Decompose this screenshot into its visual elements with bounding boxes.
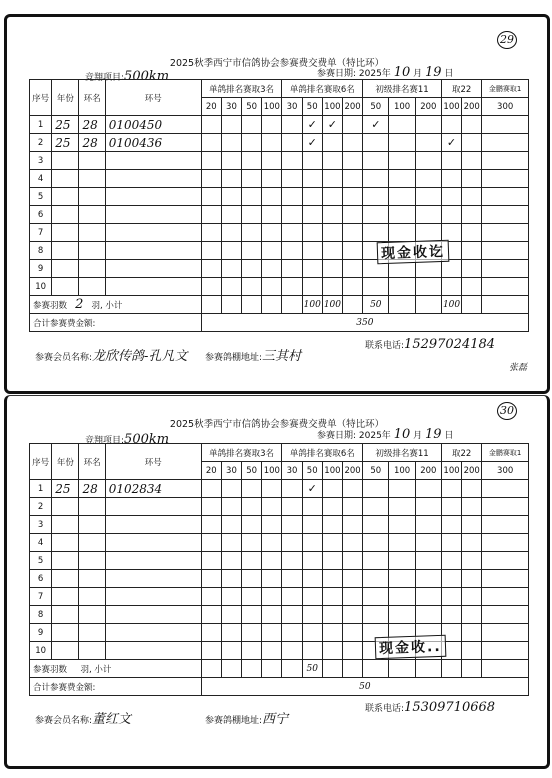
fee-cell: [221, 516, 241, 534]
fee-cell: [262, 498, 282, 516]
fee-cell: [262, 224, 282, 242]
fee-cell: [343, 498, 363, 516]
row-seq: 8: [30, 606, 52, 624]
subtotal-cell: [201, 296, 221, 314]
fee-cell: [282, 224, 302, 242]
member: 参赛会员名称:龙欣传鸽-孔凡文: [35, 345, 187, 364]
subtotal-cell: [462, 660, 482, 678]
row-ring-no: [105, 170, 201, 188]
fee-column-header: 30: [221, 462, 241, 480]
fee-cell: [302, 188, 322, 206]
table-row: 3: [30, 152, 529, 170]
fee-column-header: 200: [462, 98, 482, 116]
row-ring-name: [79, 516, 105, 534]
fee-cell: [415, 480, 441, 498]
row-seq: 2: [30, 134, 52, 152]
fee-cell: [302, 516, 322, 534]
fee-cell: [363, 188, 389, 206]
fee-cell: [282, 570, 302, 588]
table-row: 6: [30, 570, 529, 588]
row-ring-no: [105, 570, 201, 588]
fee-cell: [262, 552, 282, 570]
fee-cell: [282, 242, 302, 260]
fee-cell: [482, 170, 529, 188]
table-row: 2: [30, 498, 529, 516]
row-year: [52, 516, 79, 534]
fee-cell: [201, 152, 221, 170]
fee-column-header: 100: [322, 98, 342, 116]
row-ring-name: [79, 570, 105, 588]
fee-cell: [282, 134, 302, 152]
fee-cell: [363, 224, 389, 242]
fee-cell: [363, 498, 389, 516]
row-ring-no: 0102834: [105, 480, 201, 498]
fee-cell: [242, 588, 262, 606]
fee-column-header: 100: [389, 98, 415, 116]
fee-cell: [462, 552, 482, 570]
fee-column-header: 100: [441, 98, 461, 116]
entry-table: 序号年份环名环号单鸽排名赛取3名单鸽排名赛取6名初级排名赛11取22金鹏赛取12…: [29, 443, 529, 696]
fee-cell: [441, 516, 461, 534]
subtotal-cell: [363, 660, 389, 678]
row-ring-no: [105, 206, 201, 224]
fee-cell: [201, 134, 221, 152]
subtotal-cell: [282, 660, 302, 678]
row-year: [52, 534, 79, 552]
row-ring-no: [105, 516, 201, 534]
fee-cell: [262, 516, 282, 534]
header-seq: 序号: [30, 80, 52, 116]
row-ring-no: [105, 278, 201, 296]
fee-cell: [389, 134, 415, 152]
table-row: 8: [30, 606, 529, 624]
header-group1: 单鸽排名赛取3名: [201, 80, 282, 98]
fee-cell: [482, 134, 529, 152]
count-label: 参赛羽数: [33, 665, 67, 675]
row-ring-name: [79, 534, 105, 552]
fee-cell: [343, 516, 363, 534]
total-label: 合计参赛费金额:: [30, 314, 202, 332]
fee-cell: [389, 498, 415, 516]
fee-cell: [221, 642, 241, 660]
fee-cell: [322, 498, 342, 516]
fee-column-header: 100: [262, 462, 282, 480]
fee-cell: [462, 188, 482, 206]
phone-label: 联系电话:: [365, 341, 404, 351]
fee-cell: [389, 606, 415, 624]
row-year: [52, 224, 79, 242]
row-ring-name: 28: [79, 116, 105, 134]
fee-cell: [221, 152, 241, 170]
fee-column-header: 100: [441, 462, 461, 480]
fee-cell: [389, 170, 415, 188]
row-seq: 9: [30, 260, 52, 278]
fee-cell: [441, 260, 461, 278]
fee-cell: [462, 134, 482, 152]
table-row: 4: [30, 534, 529, 552]
row-seq: 10: [30, 278, 52, 296]
table-row: 10: [30, 278, 529, 296]
total-value: 50: [201, 678, 528, 696]
count-suffix: 羽, 小计: [81, 665, 112, 675]
fee-cell: [482, 516, 529, 534]
fee-cell: [343, 606, 363, 624]
row-year: [52, 242, 79, 260]
fee-cell: [242, 480, 262, 498]
fee-cell: [221, 552, 241, 570]
loft-value: 西宁: [262, 712, 288, 727]
subtotal-cell: [262, 660, 282, 678]
fee-cell: [302, 170, 322, 188]
member-label: 参赛会员名称:: [35, 716, 92, 726]
check-mark-icon: ✓: [302, 116, 322, 134]
fee-cell: [262, 152, 282, 170]
fee-cell: [201, 552, 221, 570]
header-ring-no: 环号: [105, 80, 201, 116]
row-ring-name: [79, 588, 105, 606]
fee-cell: [389, 480, 415, 498]
fee-cell: [441, 116, 461, 134]
fee-cell: [363, 534, 389, 552]
fee-cell: [201, 570, 221, 588]
fee-cell: [262, 534, 282, 552]
fee-cell: [482, 534, 529, 552]
fee-cell: [221, 606, 241, 624]
fee-cell: [242, 188, 262, 206]
fee-cell: [201, 278, 221, 296]
fee-cell: [302, 606, 322, 624]
fee-cell: [363, 588, 389, 606]
row-ring-name: [79, 206, 105, 224]
fee-cell: [415, 552, 441, 570]
subtotal-cell: [262, 296, 282, 314]
fee-cell: [343, 624, 363, 642]
member-value: 董红文: [92, 712, 131, 727]
fee-cell: [201, 242, 221, 260]
fee-cell: [282, 624, 302, 642]
fee-cell: [201, 206, 221, 224]
row-seq: 5: [30, 188, 52, 206]
fee-column-header: 200: [415, 98, 441, 116]
fee-column-header: 200: [415, 462, 441, 480]
fee-cell: [482, 260, 529, 278]
loft: 参赛鸽棚地址:三其村: [205, 345, 301, 364]
fee-cell: [221, 480, 241, 498]
table-row: 3: [30, 516, 529, 534]
fee-cell: [262, 170, 282, 188]
fee-cell: [389, 552, 415, 570]
fee-column-header: 50: [242, 462, 262, 480]
row-ring-name: 28: [79, 480, 105, 498]
loft-value: 三其村: [262, 349, 301, 364]
fee-cell: [415, 570, 441, 588]
fee-cell: [415, 498, 441, 516]
check-mark-icon: ✓: [363, 116, 389, 134]
fee-cell: [242, 642, 262, 660]
subtotal-cell: [482, 660, 529, 678]
subtotal-cell: [221, 660, 241, 678]
fee-cell: [221, 224, 241, 242]
row-year: 25: [52, 134, 79, 152]
check-mark-icon: ✓: [302, 480, 322, 498]
fee-cell: [221, 134, 241, 152]
fee-cell: [343, 480, 363, 498]
row-seq: 7: [30, 588, 52, 606]
day-value: 19: [425, 427, 442, 442]
form-title: 2025秋季西宁市信鸽协会参赛费交费单（特比环）: [7, 55, 547, 69]
table-row: 225280100436✓✓: [30, 134, 529, 152]
fee-cell: [415, 188, 441, 206]
fee-cell: [363, 516, 389, 534]
row-ring-no: [105, 588, 201, 606]
fee-cell: [201, 606, 221, 624]
fee-cell: [282, 534, 302, 552]
row-ring-name: [79, 260, 105, 278]
fee-cell: [389, 516, 415, 534]
date-row: 参赛日期: 2025年 10 月 19 日: [317, 427, 453, 442]
fee-cell: [201, 188, 221, 206]
fee-cell: [302, 552, 322, 570]
fee-cell: [482, 116, 529, 134]
fee-cell: [389, 570, 415, 588]
fee-cell: [389, 588, 415, 606]
fee-cell: [462, 170, 482, 188]
fee-cell: [282, 480, 302, 498]
fee-cell: [462, 642, 482, 660]
row-year: [52, 642, 79, 660]
header-year: 年份: [52, 80, 79, 116]
row-year: [52, 552, 79, 570]
row-seq: 1: [30, 116, 52, 134]
fee-column-header: 50: [363, 98, 389, 116]
subtotal-cell: [242, 296, 262, 314]
fee-cell: [282, 170, 302, 188]
fee-form-1: 292025秋季西宁市信鸽协会参赛费交费单（特比环）竞翔项目:500km参赛日期…: [4, 14, 550, 394]
fee-cell: [343, 170, 363, 188]
fee-cell: [221, 498, 241, 516]
fee-cell: [262, 278, 282, 296]
fee-cell: [415, 516, 441, 534]
row-ring-name: [79, 170, 105, 188]
header-group4: 取22: [441, 80, 481, 98]
fee-column-header: 300: [482, 462, 529, 480]
fee-cell: [482, 242, 529, 260]
fee-cell: [462, 570, 482, 588]
loft: 参赛鸽棚地址:西宁: [205, 708, 288, 727]
fee-cell: [221, 278, 241, 296]
fee-column-header: 50: [302, 98, 322, 116]
fee-column-header: 30: [282, 98, 302, 116]
row-seq: 5: [30, 552, 52, 570]
subtotal-cell: [282, 296, 302, 314]
fee-cell: [262, 606, 282, 624]
fee-column-header: 30: [221, 98, 241, 116]
header-seq: 序号: [30, 444, 52, 480]
fee-cell: [201, 516, 221, 534]
fee-cell: [302, 260, 322, 278]
fee-cell: [415, 588, 441, 606]
entry-table: 序号年份环名环号单鸽排名赛取3名单鸽排名赛取6名初级排名赛11取22金鹏赛取12…: [29, 79, 529, 332]
fee-column-header: 200: [343, 98, 363, 116]
header-group1: 单鸽排名赛取3名: [201, 444, 282, 462]
row-year: [52, 570, 79, 588]
fee-form-2: 302025秋季西宁市信鸽协会参赛费交费单（特比环）竞翔项目:500km参赛日期…: [4, 395, 550, 769]
fee-column-header: 20: [201, 462, 221, 480]
fee-cell: [389, 188, 415, 206]
row-ring-no: [105, 534, 201, 552]
fee-cell: [302, 278, 322, 296]
fee-cell: [482, 188, 529, 206]
fee-cell: [482, 606, 529, 624]
fee-cell: [441, 570, 461, 588]
fee-cell: [343, 260, 363, 278]
fee-cell: [282, 588, 302, 606]
row-ring-name: [79, 552, 105, 570]
row-seq: 3: [30, 152, 52, 170]
header-group2: 单鸽排名赛取6名: [282, 80, 363, 98]
subtotal-cell: [482, 296, 529, 314]
fee-cell: [462, 588, 482, 606]
row-year: [52, 498, 79, 516]
fee-cell: [322, 224, 342, 242]
row-seq: 10: [30, 642, 52, 660]
subtotal-cell: 50: [363, 296, 389, 314]
fee-column-header: 20: [201, 98, 221, 116]
fee-cell: [343, 134, 363, 152]
fee-cell: [322, 588, 342, 606]
fee-cell: [242, 206, 262, 224]
fee-cell: [482, 206, 529, 224]
fee-cell: [343, 152, 363, 170]
count-label: 参赛羽数: [33, 301, 67, 311]
fee-cell: [221, 116, 241, 134]
form-title: 2025秋季西宁市信鸽协会参赛费交费单（特比环）: [7, 416, 547, 430]
fee-cell: [262, 116, 282, 134]
fee-cell: [221, 624, 241, 642]
fee-cell: [282, 498, 302, 516]
row-seq: 3: [30, 516, 52, 534]
fee-cell: [389, 116, 415, 134]
fee-cell: [363, 570, 389, 588]
fee-cell: [201, 588, 221, 606]
month-label: 月: [413, 431, 422, 441]
member-value: 龙欣传鸽-孔凡文: [92, 349, 187, 364]
row-year: [52, 188, 79, 206]
fee-cell: [462, 624, 482, 642]
fee-cell: [389, 278, 415, 296]
header-group3: 初级排名赛11: [363, 80, 442, 98]
fee-cell: [415, 170, 441, 188]
fee-cell: [282, 552, 302, 570]
fee-cell: [343, 224, 363, 242]
fee-cell: [482, 278, 529, 296]
header-group2: 单鸽排名赛取6名: [282, 444, 363, 462]
fee-cell: [441, 480, 461, 498]
fee-cell: [201, 480, 221, 498]
fee-cell: [322, 606, 342, 624]
fee-cell: [441, 498, 461, 516]
fee-cell: [282, 152, 302, 170]
month-label: 月: [413, 69, 422, 79]
fee-cell: [462, 224, 482, 242]
fee-cell: [343, 242, 363, 260]
header-group4: 取22: [441, 444, 481, 462]
row-ring-name: [79, 624, 105, 642]
loft-label: 参赛鸽棚地址:: [205, 353, 262, 363]
fee-cell: [462, 116, 482, 134]
row-ring-name: [79, 152, 105, 170]
fee-cell: [415, 134, 441, 152]
fee-cell: [201, 534, 221, 552]
fee-cell: [482, 642, 529, 660]
fee-cell: [242, 552, 262, 570]
fee-cell: [282, 642, 302, 660]
row-ring-name: [79, 278, 105, 296]
row-ring-no: [105, 152, 201, 170]
fee-cell: [441, 206, 461, 224]
member-label: 参赛会员名称:: [35, 353, 92, 363]
fee-cell: [389, 534, 415, 552]
fee-cell: [242, 260, 262, 278]
fee-cell: [343, 278, 363, 296]
fee-cell: [242, 242, 262, 260]
fee-cell: [282, 116, 302, 134]
fee-cell: [221, 260, 241, 278]
header-ring-no: 环号: [105, 444, 201, 480]
fee-cell: [482, 570, 529, 588]
fee-cell: [262, 188, 282, 206]
fee-cell: [302, 624, 322, 642]
fee-cell: [242, 152, 262, 170]
fee-cell: [262, 588, 282, 606]
row-seq: 2: [30, 498, 52, 516]
fee-cell: [322, 206, 342, 224]
row-year: [52, 278, 79, 296]
fee-cell: [363, 170, 389, 188]
fee-cell: [343, 116, 363, 134]
fee-cell: [441, 188, 461, 206]
row-ring-name: [79, 188, 105, 206]
check-mark-icon: ✓: [441, 134, 461, 152]
fee-cell: [462, 242, 482, 260]
row-seq: 6: [30, 570, 52, 588]
fee-cell: [201, 642, 221, 660]
total-label: 合计参赛费金额:: [30, 678, 202, 696]
fee-cell: [262, 242, 282, 260]
fee-cell: [282, 188, 302, 206]
row-ring-no: [105, 260, 201, 278]
fee-cell: [322, 570, 342, 588]
fee-cell: [441, 534, 461, 552]
fee-cell: [389, 206, 415, 224]
date-label: 参赛日期: 2025年: [317, 431, 391, 441]
table-row: 7: [30, 588, 529, 606]
fee-cell: [482, 480, 529, 498]
fee-cell: [242, 170, 262, 188]
paid-stamp: 现金收讫: [377, 240, 450, 264]
fee-cell: [462, 260, 482, 278]
row-ring-no: [105, 606, 201, 624]
fee-cell: [462, 534, 482, 552]
table-row: 125280102834✓: [30, 480, 529, 498]
fee-cell: [322, 278, 342, 296]
subtotal-cell: [389, 296, 415, 314]
total-value: 350: [201, 314, 528, 332]
fee-cell: [343, 570, 363, 588]
row-year: [52, 206, 79, 224]
fee-cell: [262, 480, 282, 498]
fee-cell: [242, 570, 262, 588]
